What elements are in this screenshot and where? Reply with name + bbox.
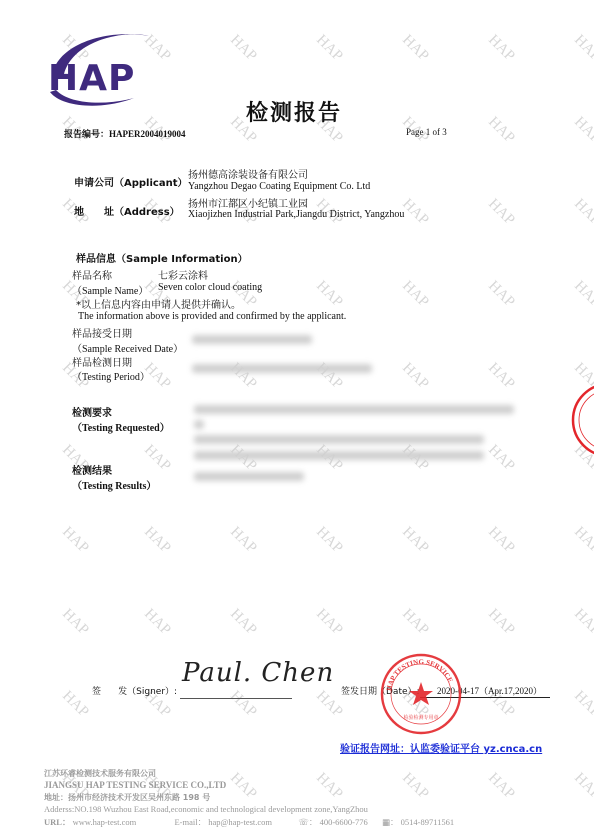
watermark-text: HAP (484, 32, 517, 65)
address-value-cn: 扬州市江都区小纪镇工业园 (188, 195, 308, 210)
watermark-text: HAP (398, 32, 431, 65)
applicant-label: 申请公司（Applicant） (74, 174, 188, 189)
watermark-text: HAP (484, 114, 517, 147)
applicant-name-cn: 扬州德高涂装设备有限公司 (188, 166, 308, 181)
testing-requested-label-cn: 检测要求 (72, 404, 112, 419)
report-number-label: 报告编号： (64, 130, 109, 140)
report-number: 报告编号：HAPER2004019004 (64, 127, 186, 140)
note-en: The information above is provided and co… (78, 311, 346, 322)
watermark-text: HAP (570, 524, 594, 557)
watermark-text: HAP (484, 524, 517, 557)
watermark-text: HAP (226, 32, 259, 65)
watermark-text: HAP (312, 524, 345, 557)
footer-address-cn: 地址：扬州市经济技术开发区吴州东路 198 号 (44, 792, 210, 803)
sample-name-label-en: （Sample Name） (72, 282, 148, 297)
note-cn: *以上信息内容由申请人提供并确认。 (76, 296, 241, 311)
watermark-text: HAP (140, 606, 173, 639)
side-stamp (569, 380, 594, 460)
watermark-text: HAP (570, 606, 594, 639)
watermark-text: HAP (58, 688, 91, 721)
signature-line (180, 698, 292, 699)
phone-icon: ☏ (298, 818, 309, 828)
received-date-label-cn: 样品接受日期 (72, 325, 132, 340)
testing-results-redacted (194, 435, 484, 444)
watermark-text: HAP (398, 606, 431, 639)
stamp-seal-icon: HAP TESTING SERVICE 检验检测专用章 (380, 653, 462, 735)
testing-period-label-en: （Testing Period） (72, 368, 150, 383)
watermark-text: HAP (312, 606, 345, 639)
testing-period-label-cn: 样品检测日期 (72, 354, 132, 369)
testing-results-redacted (194, 451, 484, 460)
hap-logo: HAP (44, 26, 159, 114)
email-label: E-mail： (174, 817, 206, 827)
official-stamp: HAP TESTING SERVICE 检验检测专用章 (380, 653, 462, 735)
svg-text:检验检测专用章: 检验检测专用章 (403, 714, 438, 721)
received-date-label-en: （Sample Received Date） (72, 340, 183, 355)
footer-company-en: JIANGSU HAP TESTING SERVICE CO.,LTD (44, 780, 226, 790)
testing-results-label-cn: 检测结果 (72, 462, 112, 477)
footer-contact: URL： www.hap-test.com E-mail： hap@hap-te… (44, 816, 454, 828)
watermark-text: HAP (140, 524, 173, 557)
testing-requested-redacted (194, 420, 204, 429)
watermark-text: HAP (570, 688, 594, 721)
watermark-text: HAP (570, 196, 594, 229)
watermark-text: HAP (312, 278, 345, 311)
watermark-text: HAP (226, 606, 259, 639)
sample-name-label-cn: 样品名称 (72, 267, 112, 282)
watermark-text: HAP (398, 278, 431, 311)
applicant-name-en: Yangzhou Degao Coating Equipment Co. Ltd (188, 181, 370, 192)
address-value-en: Xiaojizhen Industrial Park,Jiangdu Distr… (188, 209, 404, 220)
watermark-text: HAP (226, 524, 259, 557)
watermark-text: HAP (484, 278, 517, 311)
report-number-value: HAPER2004019004 (109, 129, 186, 139)
url-label: URL： (44, 817, 70, 827)
testing-results-label-en: （Testing Results） (72, 477, 156, 492)
address-label: 址（Address） (104, 203, 180, 218)
footer-phone: 400-6600-776 (320, 817, 368, 827)
watermark-text: HAP (398, 360, 431, 393)
watermark-text: HAP (484, 196, 517, 229)
sample-name-value-en: Seven color cloud coating (158, 282, 262, 293)
footer-fax: 0514-89711561 (401, 817, 455, 827)
testing-requested-redacted (194, 405, 514, 414)
footer-company-cn: 江苏环睿检测技术服务有限公司 (44, 768, 156, 779)
testing-requested-label-en: （Testing Requested） (72, 419, 170, 434)
watermark-text: HAP (58, 524, 91, 557)
testing-results-redacted (194, 472, 304, 481)
footer-url[interactable]: www.hap-test.com (73, 817, 137, 827)
watermark-text: HAP (312, 32, 345, 65)
watermark-text: HAP (484, 770, 517, 803)
watermark-text: HAP (570, 770, 594, 803)
stamp-icon (569, 380, 594, 460)
watermark-text: HAP (58, 606, 91, 639)
watermark-text: HAP (140, 442, 173, 475)
signature: Paul. Chen (182, 658, 334, 688)
testing-period-redacted (192, 364, 372, 373)
page-indicator: Page 1 of 3 (406, 127, 447, 137)
watermark-text: HAP (570, 114, 594, 147)
watermark-text: HAP (484, 606, 517, 639)
watermark-text: HAP (398, 770, 431, 803)
footer-email[interactable]: hap@hap-test.com (208, 817, 272, 827)
verify-report-link[interactable]: 验证报告网址：认监委验证平台 yz.cnca.cn (340, 740, 542, 755)
watermark-text: HAP (398, 524, 431, 557)
watermark-text: HAP (226, 770, 259, 803)
watermark-text: HAP (226, 688, 259, 721)
sample-name-value-cn: 七彩云涂料 (158, 267, 208, 282)
received-date-redacted (192, 335, 312, 344)
logo-text: HAP (48, 58, 135, 99)
page-title: 检测报告 (246, 96, 342, 127)
fax-icon: ▦ (382, 818, 390, 828)
watermark-text: HAP (312, 770, 345, 803)
watermark-text: HAP (484, 442, 517, 475)
signer-label: 签 发（Signer）: (92, 684, 177, 697)
watermark-text: HAP (570, 32, 594, 65)
footer-address-en: Adderss:NO.198 Wuzhou East Road,economic… (44, 804, 368, 814)
watermark-text: HAP (484, 360, 517, 393)
address-label-cn: 地 (74, 203, 84, 218)
sample-info-heading: 样品信息（Sample Information） (76, 250, 248, 265)
watermark-text: HAP (570, 278, 594, 311)
